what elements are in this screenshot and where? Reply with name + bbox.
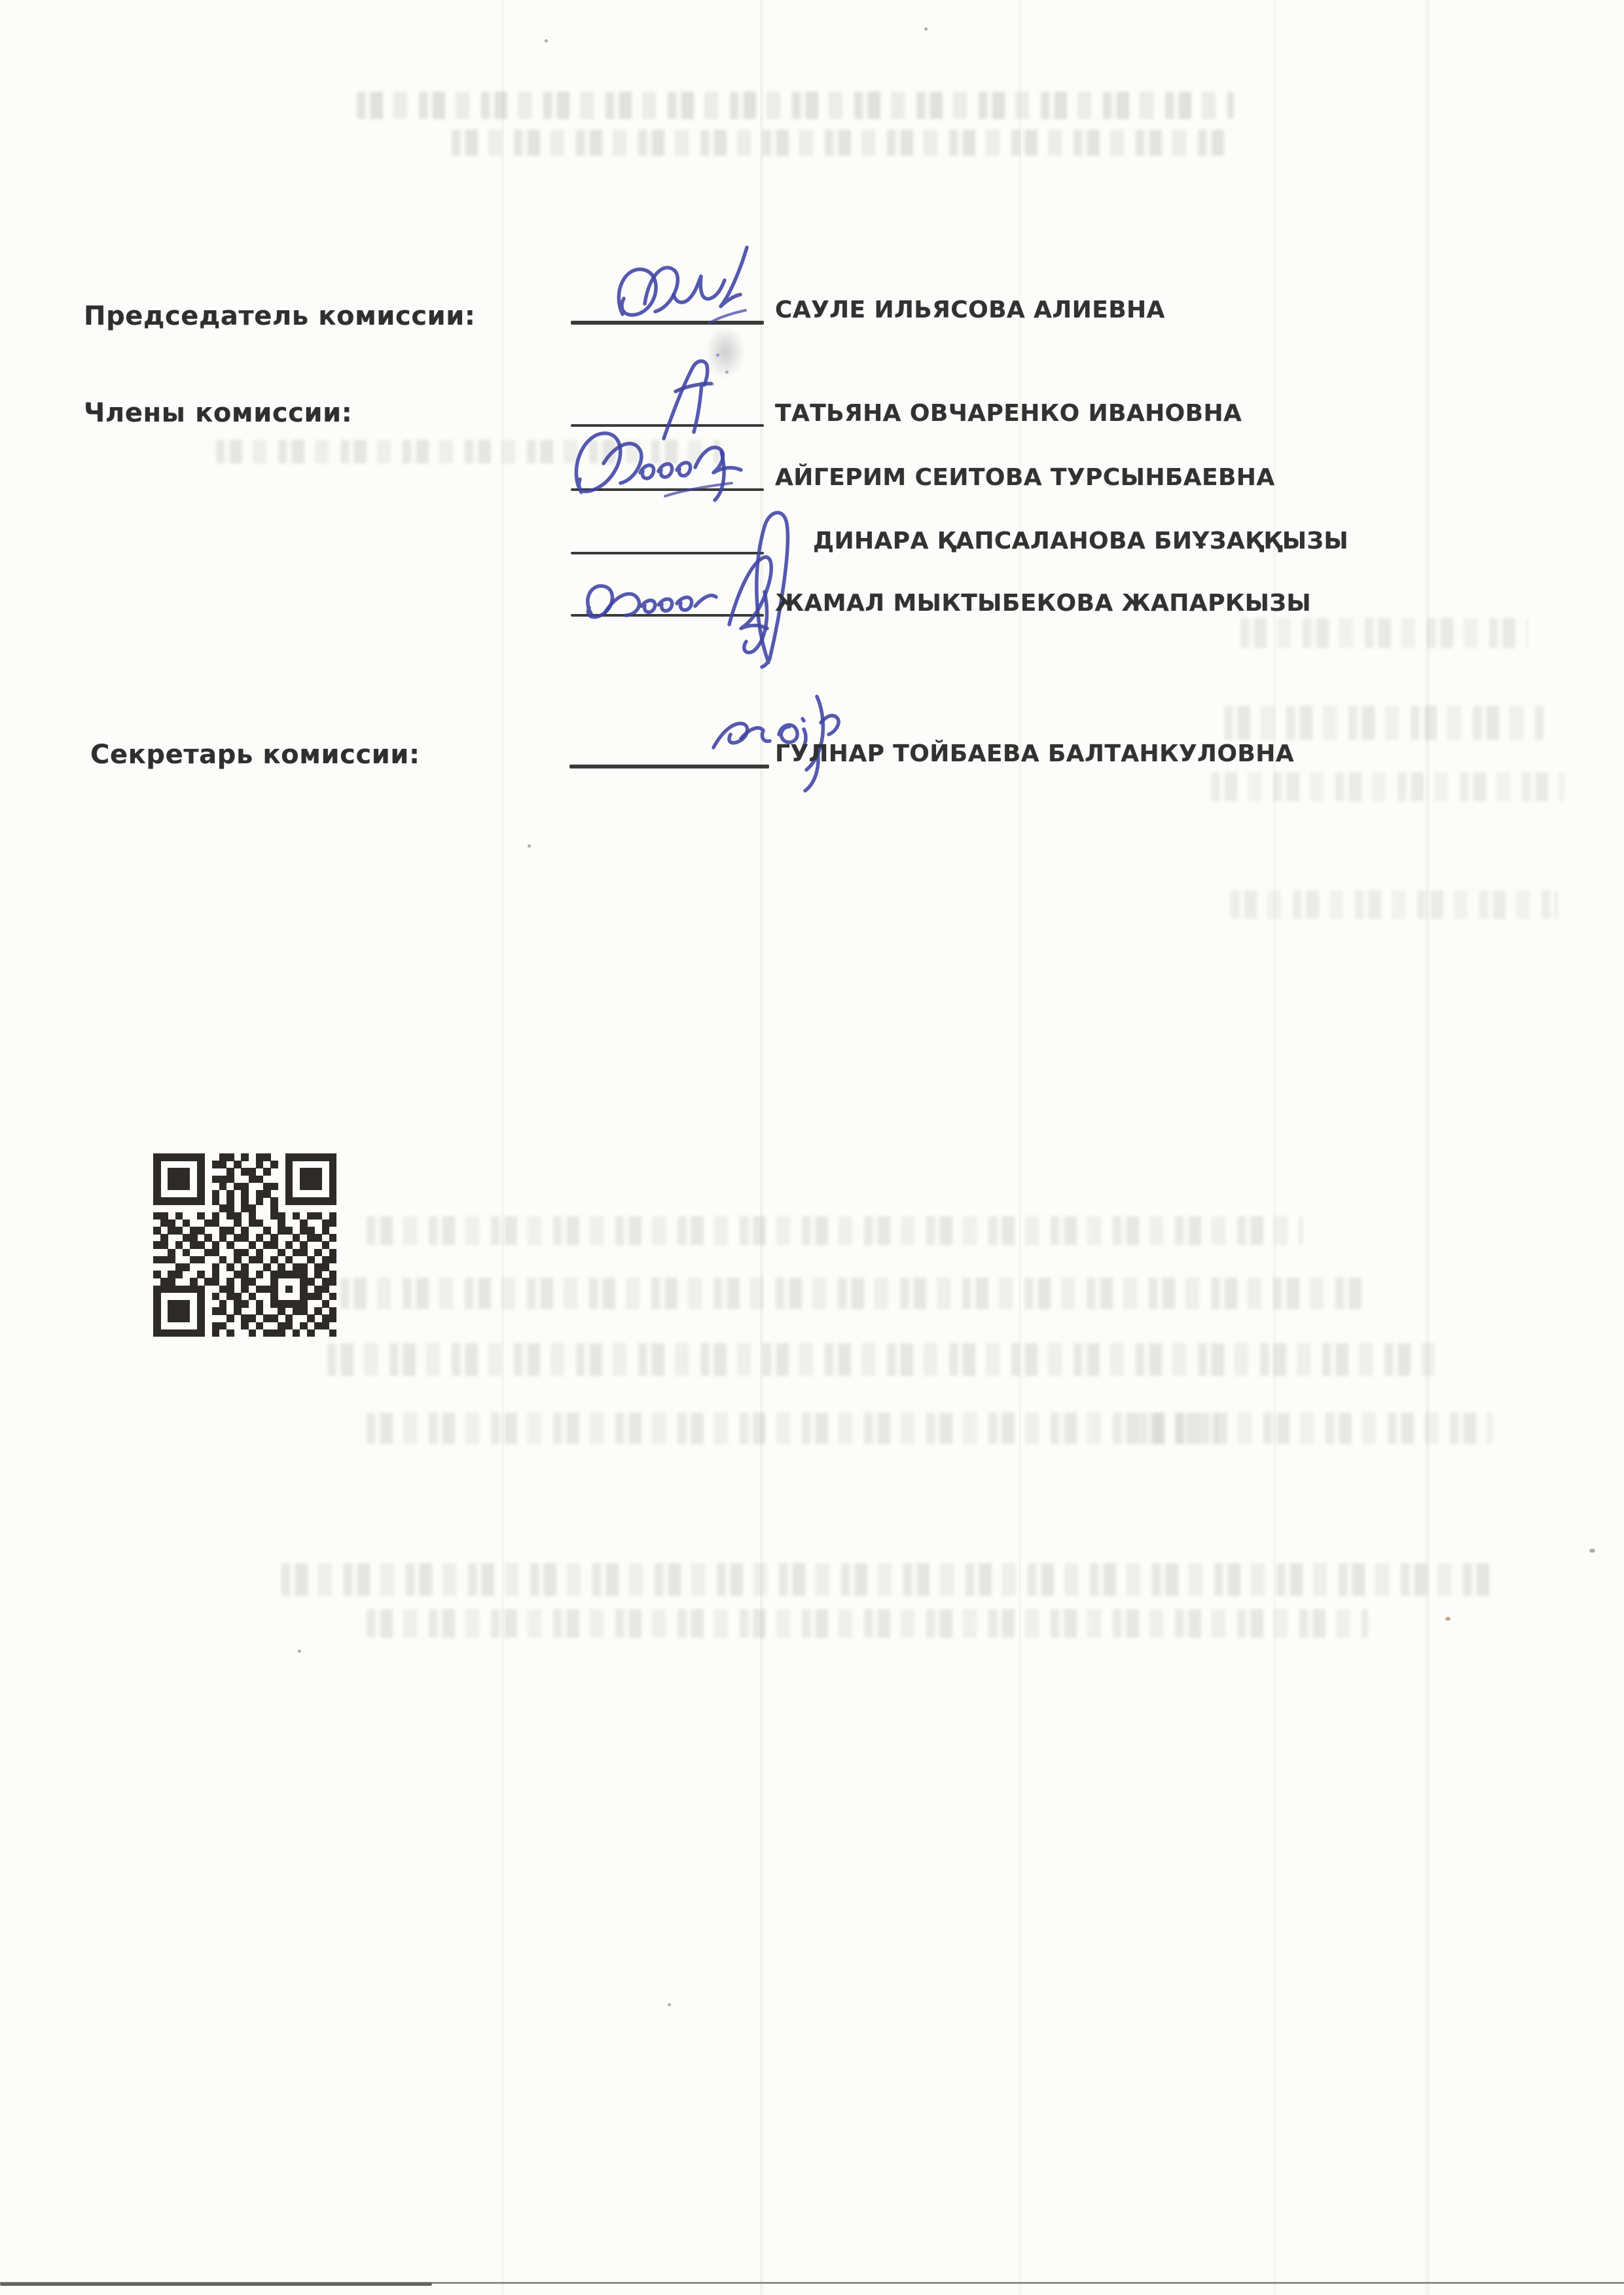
scan-speck — [298, 1650, 301, 1653]
bleedthrough-band — [1224, 706, 1545, 740]
bottom-scan-line — [0, 2283, 432, 2286]
member-signature-4 — [573, 551, 784, 661]
bleedthrough-band — [367, 1609, 1368, 1638]
scan-streak — [1273, 0, 1276, 2295]
scanned-document-page: Председатель комиссии: САУЛЕ ИЛЬЯСОВА АЛ… — [0, 0, 1624, 2295]
scan-speck — [545, 39, 548, 43]
qr-code — [153, 1153, 336, 1337]
chairman-label: Председатель комиссии: — [84, 301, 476, 331]
member-name-1: ТАТЬЯНА ОВЧАРЕНКО ИВАНОВНА — [775, 401, 1242, 427]
bleedthrough-band — [367, 1216, 1303, 1245]
bleedthrough-band — [1139, 1413, 1492, 1444]
chairman-name: САУЛЕ ИЛЬЯСОВА АЛИЕВНА — [775, 297, 1165, 323]
bleedthrough-band — [327, 1343, 1440, 1376]
scan-streak — [1019, 0, 1021, 2295]
scan-speck — [1445, 1617, 1451, 1621]
bleedthrough-band — [1211, 772, 1564, 801]
scan-speck — [668, 2003, 671, 2006]
ink-speck — [711, 382, 714, 386]
chairman-signature — [611, 244, 782, 368]
member-name-3: ДИНАРА ҚАПСАЛАНОВА БИҰЗАҚҚЫЗЫ — [813, 528, 1348, 554]
member-signature-2 — [567, 423, 763, 511]
secretary-name: ГУЛНАР ТОЙБАЕВА БАЛТАНКУЛОВНА — [775, 741, 1294, 767]
scan-streak — [1426, 0, 1430, 2295]
secretary-label: Секретарь комиссии: — [90, 740, 420, 770]
scan-speck — [924, 27, 928, 31]
ink-speck — [716, 353, 719, 357]
scan-speck — [1589, 1549, 1595, 1553]
bleedthrough-band — [281, 1563, 1499, 1596]
bleedthrough-band — [1240, 618, 1528, 648]
member-name-4: ЖАМАЛ МЫКТЫБЕКОВА ЖАПАРКЫЗЫ — [775, 590, 1311, 617]
secretary-signature — [702, 682, 888, 797]
members-label: Члены комиссии: — [84, 398, 352, 428]
ink-speck — [725, 370, 729, 374]
bleedthrough-band — [1231, 890, 1558, 919]
scan-streak — [501, 0, 504, 2295]
bleedthrough-band — [367, 1413, 1218, 1444]
bleedthrough-band — [357, 92, 1234, 119]
bleedthrough-band — [340, 1278, 1362, 1309]
member-name-2: АЙГЕРИМ СЕИТОВА ТУРСЫНБАЕВНА — [775, 465, 1275, 491]
bleedthrough-band — [452, 130, 1224, 156]
scan-speck — [528, 844, 531, 848]
